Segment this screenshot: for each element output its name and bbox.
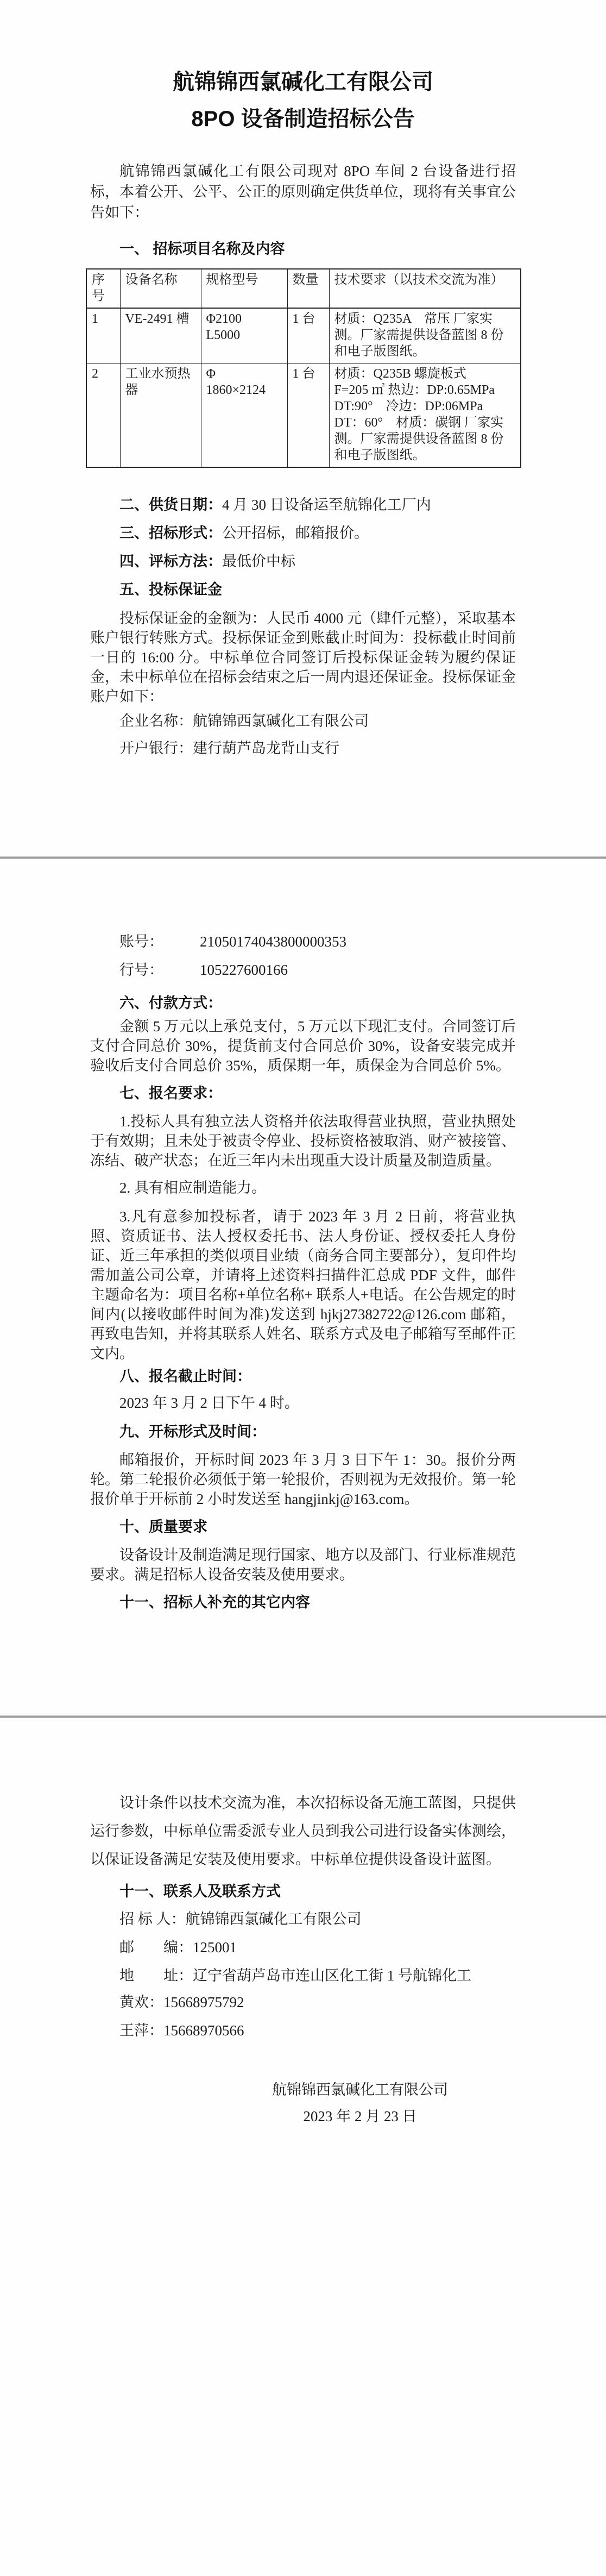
cell-equipment-name: VE-2491 槽 <box>120 308 201 363</box>
table-row: 2 工业水预热器 Φ 1860×2124 1 台 材质：Q235B 螺旋板式 F… <box>86 363 521 468</box>
contact-postcode-line: 邮 编：125001 <box>119 1937 516 1958</box>
section-4-label: 四、评标方法： <box>119 553 222 569</box>
table-row: 1 VE-2491 槽 Φ2100 L5000 1 台 材质：Q235A 常压 … <box>86 308 521 363</box>
section-3-tender-form: 三、招标形式：公开招标，邮箱报价。 <box>119 522 516 544</box>
signature-company: 航锦锦西氯碱化工有限公司 <box>204 2079 516 2100</box>
tender-announcement-document: 航锦锦西氯碱化工有限公司 8PO 设备制造招标公告 航锦锦西氯碱化工有限公司现对… <box>0 0 606 2576</box>
col-header-tech-requirements: 技术要求（以技术交流为准） <box>329 269 521 308</box>
contact-section-heading: 十一、联系人及联系方式 <box>119 1881 516 1902</box>
section-1-heading: 一、 招标项目名称及内容 <box>119 238 516 260</box>
registration-requirement-1: 1.投标人具有独立法人资格并依法取得营业执照，营业执照处于有效期；且未处于被责令… <box>90 1112 516 1170</box>
bond-account-bank-line: 开户银行：建行葫芦岛龙背山支行 <box>119 738 516 759</box>
section-4-evaluation-method: 四、评标方法：最低价中标 <box>119 550 516 572</box>
section-5-heading: 五、投标保证金 <box>119 579 516 600</box>
cell-index: 1 <box>86 308 120 363</box>
page-3: 设计条件以技术交流为准，本次招标设备无施工蓝图，只提供运行参数，中标单位需委派专… <box>0 1718 606 2576</box>
payment-terms-paragraph: 金额 5 万元以上承兑支付，5 万元以下现汇支付。合同签订后支付合同总价 30%… <box>90 1017 516 1075</box>
registration-requirement-3: 3.凡有意参加投标者，请于 2023 年 3 月 2 日前，将营业执照、资质证书… <box>90 1207 516 1363</box>
section-3-text: 公开招标，邮箱报价。 <box>222 525 369 541</box>
section-2-supply-date: 二、供货日期：4 月 30 日设备运至航锦化工厂内 <box>119 494 516 516</box>
cell-spec: Φ2100 L5000 <box>201 308 287 363</box>
cell-tech: 材质：Q235B 螺旋板式 F=205 ㎡ 热边：DP:0.65MPa DT:9… <box>329 363 521 468</box>
bank-number-line: 行号：105227600166 <box>119 960 516 980</box>
document-title-company: 航锦锦西氯碱化工有限公司 <box>90 0 516 96</box>
table-header-row: 序号 设备名称 规格型号 数量 技术要求（以技术交流为准） <box>86 269 521 308</box>
cell-quantity: 1 台 <box>287 363 329 468</box>
cell-spec: Φ 1860×2124 <box>201 363 287 468</box>
account-number-line: 账号：21050174043800000353 <box>119 859 516 952</box>
bid-opening-paragraph: 邮箱报价，开标时间 2023 年 3 月 3 日下午 1：30。报价分两轮。第二… <box>90 1450 516 1509</box>
section-2-text: 4 月 30 日设备运至航锦化工厂内 <box>222 497 431 513</box>
section-4-text: 最低价中标 <box>222 553 295 569</box>
contact-phone-huanghuan: 黄欢：15668975792 <box>119 1992 516 2013</box>
section-11-supplement-heading: 十一、招标人补充的其它内容 <box>119 1591 516 1613</box>
signature-block: 航锦锦西氯碱化工有限公司 2023 年 2 月 23 日 <box>90 2079 516 2127</box>
section-8-heading: 八、报名截止时间： <box>119 1365 516 1387</box>
signature-date: 2023 年 2 月 23 日 <box>204 2106 516 2127</box>
col-header-spec-model: 规格型号 <box>201 269 287 308</box>
bank-number-label: 行号： <box>119 960 200 980</box>
bid-bond-paragraph: 投标保证金的金额为：人民币 4000 元（肆仟元整），采取基本账户银行转账方式。… <box>90 609 516 706</box>
section-2-label: 二、供货日期： <box>119 497 222 513</box>
section-7-heading: 七、报名要求： <box>119 1082 516 1104</box>
account-number-value: 21050174043800000353 <box>200 933 346 950</box>
registration-requirement-2: 2. 具有相应制造能力。 <box>90 1178 516 1198</box>
section-6-heading: 六、付款方式： <box>119 992 516 1014</box>
cell-index: 2 <box>86 363 120 468</box>
col-header-equipment-name: 设备名称 <box>120 269 201 308</box>
intro-paragraph: 航锦锦西氯碱化工有限公司现对 8PO 车间 2 台设备进行招标，本着公开、公平、… <box>90 161 516 223</box>
section-9-heading: 九、开标形式及时间： <box>119 1421 516 1443</box>
registration-deadline-text: 2023 年 3 月 2 日下午 4 时。 <box>90 1393 516 1413</box>
contact-address-line: 地 址：辽宁省葫芦岛市连山区化工街 1 号航锦化工 <box>119 1965 516 1986</box>
cell-tech: 材质：Q235A 常压 厂家实测。厂家需提供设备蓝图 8 份和电子版图纸。 <box>329 308 521 363</box>
quality-requirements-paragraph: 设备设计及制造满足现行国家、地方以及部门、行业标准规范要求。满足招标人设备安装及… <box>90 1545 516 1584</box>
cell-quantity: 1 台 <box>287 308 329 363</box>
equipment-table: 序号 设备名称 规格型号 数量 技术要求（以技术交流为准） 1 VE-2491 … <box>86 268 521 468</box>
section-3-label: 三、招标形式： <box>119 525 222 541</box>
contact-tenderer-line: 招 标 人：航锦锦西氯碱化工有限公司 <box>119 1909 516 1929</box>
bank-number-value: 105227600166 <box>200 962 288 978</box>
page-2: 账号：21050174043800000353 行号：105227600166 … <box>0 859 606 1715</box>
design-conditions-paragraph: 设计条件以技术交流为准，本次招标设备无施工蓝图，只提供运行参数，中标单位需委派专… <box>90 1718 516 1873</box>
page-1: 航锦锦西氯碱化工有限公司 8PO 设备制造招标公告 航锦锦西氯碱化工有限公司现对… <box>0 0 606 856</box>
account-number-label: 账号： <box>119 931 200 952</box>
bond-account-company-line: 企业名称：航锦锦西氯碱化工有限公司 <box>119 711 516 731</box>
section-10-heading: 十、质量要求 <box>119 1516 516 1538</box>
col-header-quantity: 数量 <box>287 269 329 308</box>
cell-equipment-name: 工业水预热器 <box>120 363 201 468</box>
document-title-subject: 8PO 设备制造招标公告 <box>90 105 516 133</box>
col-header-index: 序号 <box>86 269 120 308</box>
contact-phone-wangping: 王萍：15668970566 <box>119 2020 516 2041</box>
